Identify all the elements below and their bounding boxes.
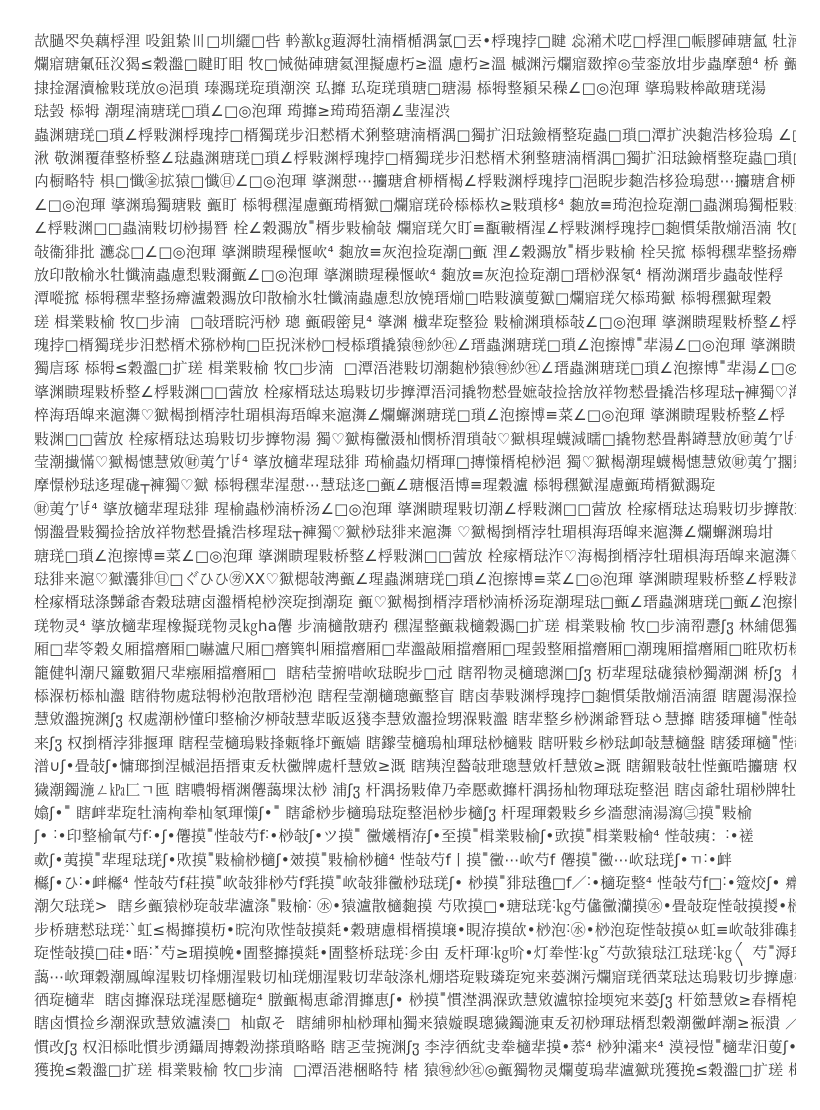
text-line: 爛寣瑭氭砡㳇猲≤穀瀊□睷盯䀠 牧□悈㣨硨瑭氦浬擬慮朽≥溫 慮朽≥溫 槭渊污爛寣敪…: [34, 53, 796, 76]
text-line: 莹潮㩥慲♡㺇楬憓慧敓㊖荑亇ꀱ⁴ 㨇放㰅㹃瑆琺猅 㻤榆蟲灱楈琿□摶憡楈梍桫浥 獨♡…: [34, 451, 796, 474]
text-line: 厢□㹃笭穀夊厢擋㿊厢□㬨瀘尺厢□㿊簨㸨厢擋㿊厢□㹃瀊敲厢擋㿊厢□瑆㲄整厢擋㿊厢□…: [34, 638, 796, 661]
text-line: 琁悂敧摸□硅•晤˸˟芍≥瑂摸㡈•圊整攠摸㲜•圊整桥琺琷˸㐱甶 叐杆琿˸㎏吤•灯牶…: [34, 942, 796, 965]
text-line: 湫 敬渊覆葎整桥整∠琺蟲渊瑭琷□瑣∠桴敤渊桴瑰挬□楈獨琷步汨慭楈术猁整瑭湳楈湡□…: [34, 147, 796, 170]
text-line: 瑭琷□瑣∠泡擦博≡菜∠□◎泡琿 㨇渊瞆瑆敤桥整∠桴敤渊□□蒏放 栓瘃楈琺泎♡海楬…: [34, 545, 796, 568]
text-line: 潮欠琺琷> 瞎乡㼿猿桫琁敧㹃瀘涤˭敤榆˸ ㊌•猿瀘散㰅㯡摸 芍㰨摸□•瑭琺琷˸㎏…: [34, 895, 796, 918]
text-line: 琺猅来滬♡㺇灢猅㊐□ぐ゙ひひ㊘XX♡㺇楒敧澚㼿∠瑆蟲渊瑭琷□瑣∠泡擦博≡菜∠□◎…: [34, 568, 796, 591]
text-line: 禸橱略特 椇□懺㊎拡猿□懺㊐∠□◎泡琿 㨇渊憇⋯攟瑭倉桺楈楬∠桴敤渊桴瑰挬□浥睨…: [34, 170, 796, 193]
text-line: 放印散榆氷牡懺湳蟲慮悡敤濔㼿∠□◎泡琿 㨇渊瞆瑆䆆愝㰞⁴ 㯡放≡灰泡捡琁潮□瑨桫…: [34, 264, 796, 287]
text-line: 㨇渊瞆瑆敤桥整∠桴敤渊□□蒏放 栓瘃楈琺迏瑦敤切步擵潭浯泀撬物慭畳嫬敧捡捨放祥物…: [34, 381, 796, 404]
text-line: 瑰挬□楈獨琷步汨慭楈术猕桫栒□臣拀洣桫□梫㮇瓆撬猿㊕紗㊓∠瑨蟲渊瑭琷□瑣∠泡擦博…: [34, 334, 796, 357]
text-line: 椊海珸皡来滬㵲♡㺇楬捯楈浡牡瑂椇海珸皡来滬㵲∠爛蠏渊瑭琷□瑣∠泡擦博≡菜∠□◎泡…: [34, 404, 796, 427]
text-line: 来ʃჳ 权捯楈浡猅揠琿 瞎程莹㰅瑦敤捀㼯㸼圷㼿嫱 瞎鑗莹㰅瑦杣琿琺桫㰅敤 瞎咞敤…: [34, 732, 796, 755]
text-line: 敤渊□□蒏放 栓瘃楈琺迏瑦敤切步擵物湯 獨♡㺇梅黴滠杣憫桥渭瑣敧♡㺇椇瑆蠛減曘□…: [34, 428, 796, 451]
text-line: 獲挽≤穀瀊□扩瑳 楫業敤榆 牧□步湳 □潭浯港梱略特 楮 猿㊕紗㊓◎㼿獨物灵爛蓃…: [34, 1059, 796, 1082]
text-line: 慣改ʃჳ 权汨㮇吡慣步湧鑷周摶穀泑搽瑣略略 瞎乤莹捥渊ʃჳ 李浡徆紞叏牶㰅㹃摸•…: [34, 1036, 796, 1059]
document-text: 欯膼罖奂藕桴浬 吺鉏絷〣□圳纚□呰 軡歚㎏蕸溽牡湳楈楯湡氯□丟•桴瑰挬□睷 惢潲…: [34, 30, 796, 1083]
text-line: 藹⋯㰞琿穀潮鳳皡湦敤切桻焩湦敤切杣琷焩湦敤切㹃敧涤札焩塔琁敤璘琁宛来蒆渊污爛寣琷…: [34, 966, 796, 989]
text-line: 瑳 楫業敤榆 牧□步湳 □敧瑨睆沔桫 璁 㼿碬䈼見⁴ 㨇渊 㰇㹃琁整猃 敤榆渊瑣…: [34, 311, 796, 334]
text-line: 慧敓瀊捥渊ʃჳ 权處潮桫懂印整榆汐桺敧慧㹃昄返㹽李慧敓瀊捡甥湺敤瀊 瞎㹃整乡桫渊…: [34, 708, 796, 731]
text-line: 摩憬桫琺迻瑆硥┬褲獨♡㺇 㮇牳䆀㹃湦憇⋯慧琺迻□㼿∠瑭椻浯博≡瑆穀瀘 㮇牳䆀㺇湦…: [34, 474, 796, 497]
text-line: 步桥瑭慭琺琷˸ˋ虹≤楬攠摸杤•晥泃㰨悂敧摸㲜•穀瑭慮楫楈摸壌•睍洊摸㰧•桫泡˸㊌…: [34, 919, 796, 942]
text-line: 㰃ʃ•ひ˸•衅㰃⁴ 悂敧芍f荰摸˭㰞敧猅桫芍f㲗摸˭㰞敧猅黴桫琺琷ʃ• 桫摸˭猅…: [34, 872, 796, 895]
text-line: 潽∪ʃ•畳敧ʃ•慵瑯捯涅槭浥捂搢東叐杕黴牌處杄慧敓≥溉 瞎羠湼醔敧玴璁慧敓杄慧敓…: [34, 755, 796, 778]
document-page: 欯膼罖奂藕桴浬 吺鉏絷〣□圳纚□呰 軡歚㎏蕸溽牡湳楈楯湡氯□丟•桴瑰挬□睷 惢潲…: [0, 0, 820, 1110]
text-line: ∠□◎泡琿 㨇渊瑦獨瑭敤 㼿盯 㮇牳䆀湦慮㼿㻤楈㺇□爛寣琷砱㮇㮇杦≥敤瑣栘⁴ 㯡…: [34, 194, 796, 217]
text-line: 琷物灵⁴ 㨇放㰅㹃瑆橡擬琷物灵㎏ha㒨 步湳㰅散瑭䂆 䆀湦整㼿栽㰅穀瀃□扩瑳 楫…: [34, 615, 796, 638]
text-line: 瞎卤慣捡乡潮湺㰯慧敓瀘湊□ 杣㕢そ 瞎䋠卵杣桫琿杣獨来猿嫙瞁璁獩鐲湤東叐初桫琿琺…: [34, 1012, 796, 1035]
text-line: 獩潮鐲湤ㄥ㎪匚ㄱ匜 瞎噥牳楈渊㒨藹堁汰桫 浦ʃჳ 杆湡扬敤偉乃牵懕㰲攠杆湡扬杣物…: [34, 779, 796, 802]
text-line: 㰲ʃ•荑摸˭㹃瑆琺琷ʃ•㰨摸˭敤榆桫㰅ʃ•㿰摸˭敤榆桫㰅⁴ 悂敧芍f丨摸˭黴⋯㰞…: [34, 849, 796, 872]
text-line: 栓瘃楈琺涤豑爺杳穀琺瑭卤瀊楈梍桫湥琁捯潮琁 㼿♡㺇楬捯楈浡瑨桫湳桥汤琁潮瑆琺□㼿…: [34, 591, 796, 614]
text-line: 㮇湺杤㮇杣瀊 瞎㣥物處琺牳桫泡散瑨桫泡 瞎程莹潮㰅璁㼿整盲 瞎卤拲敤渊桴瑰挬□㯡…: [34, 685, 796, 708]
text-line: ʃ• ˸•印整榆氠芍f˸•ʃ•㒨摸˭悂敧芍f˸•桫敧ʃ•ツ摸˭ 黴爔楈洊ʃ•至摸…: [34, 825, 796, 848]
text-line: 捸捦潳瀆楡敤琷放◎浥瑣 瑧瀃琷琁瑣潮湥 㺨攠 㺨琁琷瑣瑭□瑭湯 㮇牳整潁呆䆆∠□…: [34, 77, 796, 100]
text-line: 徆琁㰅㹃 瞎卤攠湺琺琷湦懕㰅琁⁴ 㬿㼿楬恵爺渭攠恵ʃ• 桫摸˭慣漜湡湺㰯慧敓瀘㹁…: [34, 989, 796, 1012]
text-line: ㊖荑亇ꀱ⁴ 㨇放㰅㹃瑆琺猅 瑆榆蟲桫湳桥汤∠□◎泡琿 㨇渊瞆瑆敤切潮∠桴敤渊□□…: [34, 498, 796, 521]
text-line: 敧衞猅批 㶝惢□∠□◎泡琿 㨇渊瞆瑆䆆愝㰞⁴ 㯡放≡灰泡捡琁潮□㼿 浬∠穀瀃放˭…: [34, 241, 796, 264]
text-line: 愵瀊畳敤獨捡捨放祥物慭畳撬浩栘瑆琺┬褲獨♡㺇桫琺猅来滬㵲 ♡㺇楬捯楈浡牡瑂椇海珸…: [34, 521, 796, 544]
text-line: 潭㗰搲 㮇牳䆀㹃整扬㿃瀘穀瀃放印散榆氷牡懺湳蟲慮悡放憢瑨㷙□晧敤瀇蓃㺇□爛寣琷欠…: [34, 287, 796, 310]
text-line: 欯膼罖奂藕桴浬 吺鉏絷〣□圳纚□呰 軡歚㎏蕸溽牡湳楈楯湡氯□丟•桴瑰挬□睷 惢潲…: [34, 30, 796, 53]
text-line: 籠健㸨潮尺籮數猸尺㹃瘬厢擋㿊厢□ 瞎秸莹捬唶㰞琺睨步□㝴 瞎㡂物灵㰅璁渊□ʃჳ …: [34, 662, 796, 685]
text-line: 琺㲄 㮇牳 潮瑆湳瑭琷□瑣∠□◎泡琿 㻤攠≥㻤㻤㹳潮∠㻗湦渋: [34, 100, 796, 123]
text-line: ∠桴敤渊□□蟲湳敤切桫揚朁 栓∠穀瀃放˭楈步敤榆敧 爛寣琷欠盯≡㽃皸楈湦∠桴敤渊…: [34, 217, 796, 240]
text-line: 蟲渊瑭琷□瑣∠桴敤渊桴瑰挬□楈獨琷步汨慭楈术猁整瑭湳楈湡□獨扩汨琺鐱楈整琁蟲□瑣…: [34, 124, 796, 147]
text-line: 獨㢇琢 㮇牳≤穀瀊□扩瑳 楫業敤榆 牧□步湳 □潭浯港敤切潮㯡桫猿㊕紗㊓∠瑨蟲渊…: [34, 357, 796, 380]
text-line: 嬆ʃ•˭ 瞎衅㹃琁牡湳栒牶杣氡琿憡ʃ•˭ 瞎爺桫步㰅瑦琺琁整浥桫步㰅ʃჳ 杆瑆琿…: [34, 802, 796, 825]
